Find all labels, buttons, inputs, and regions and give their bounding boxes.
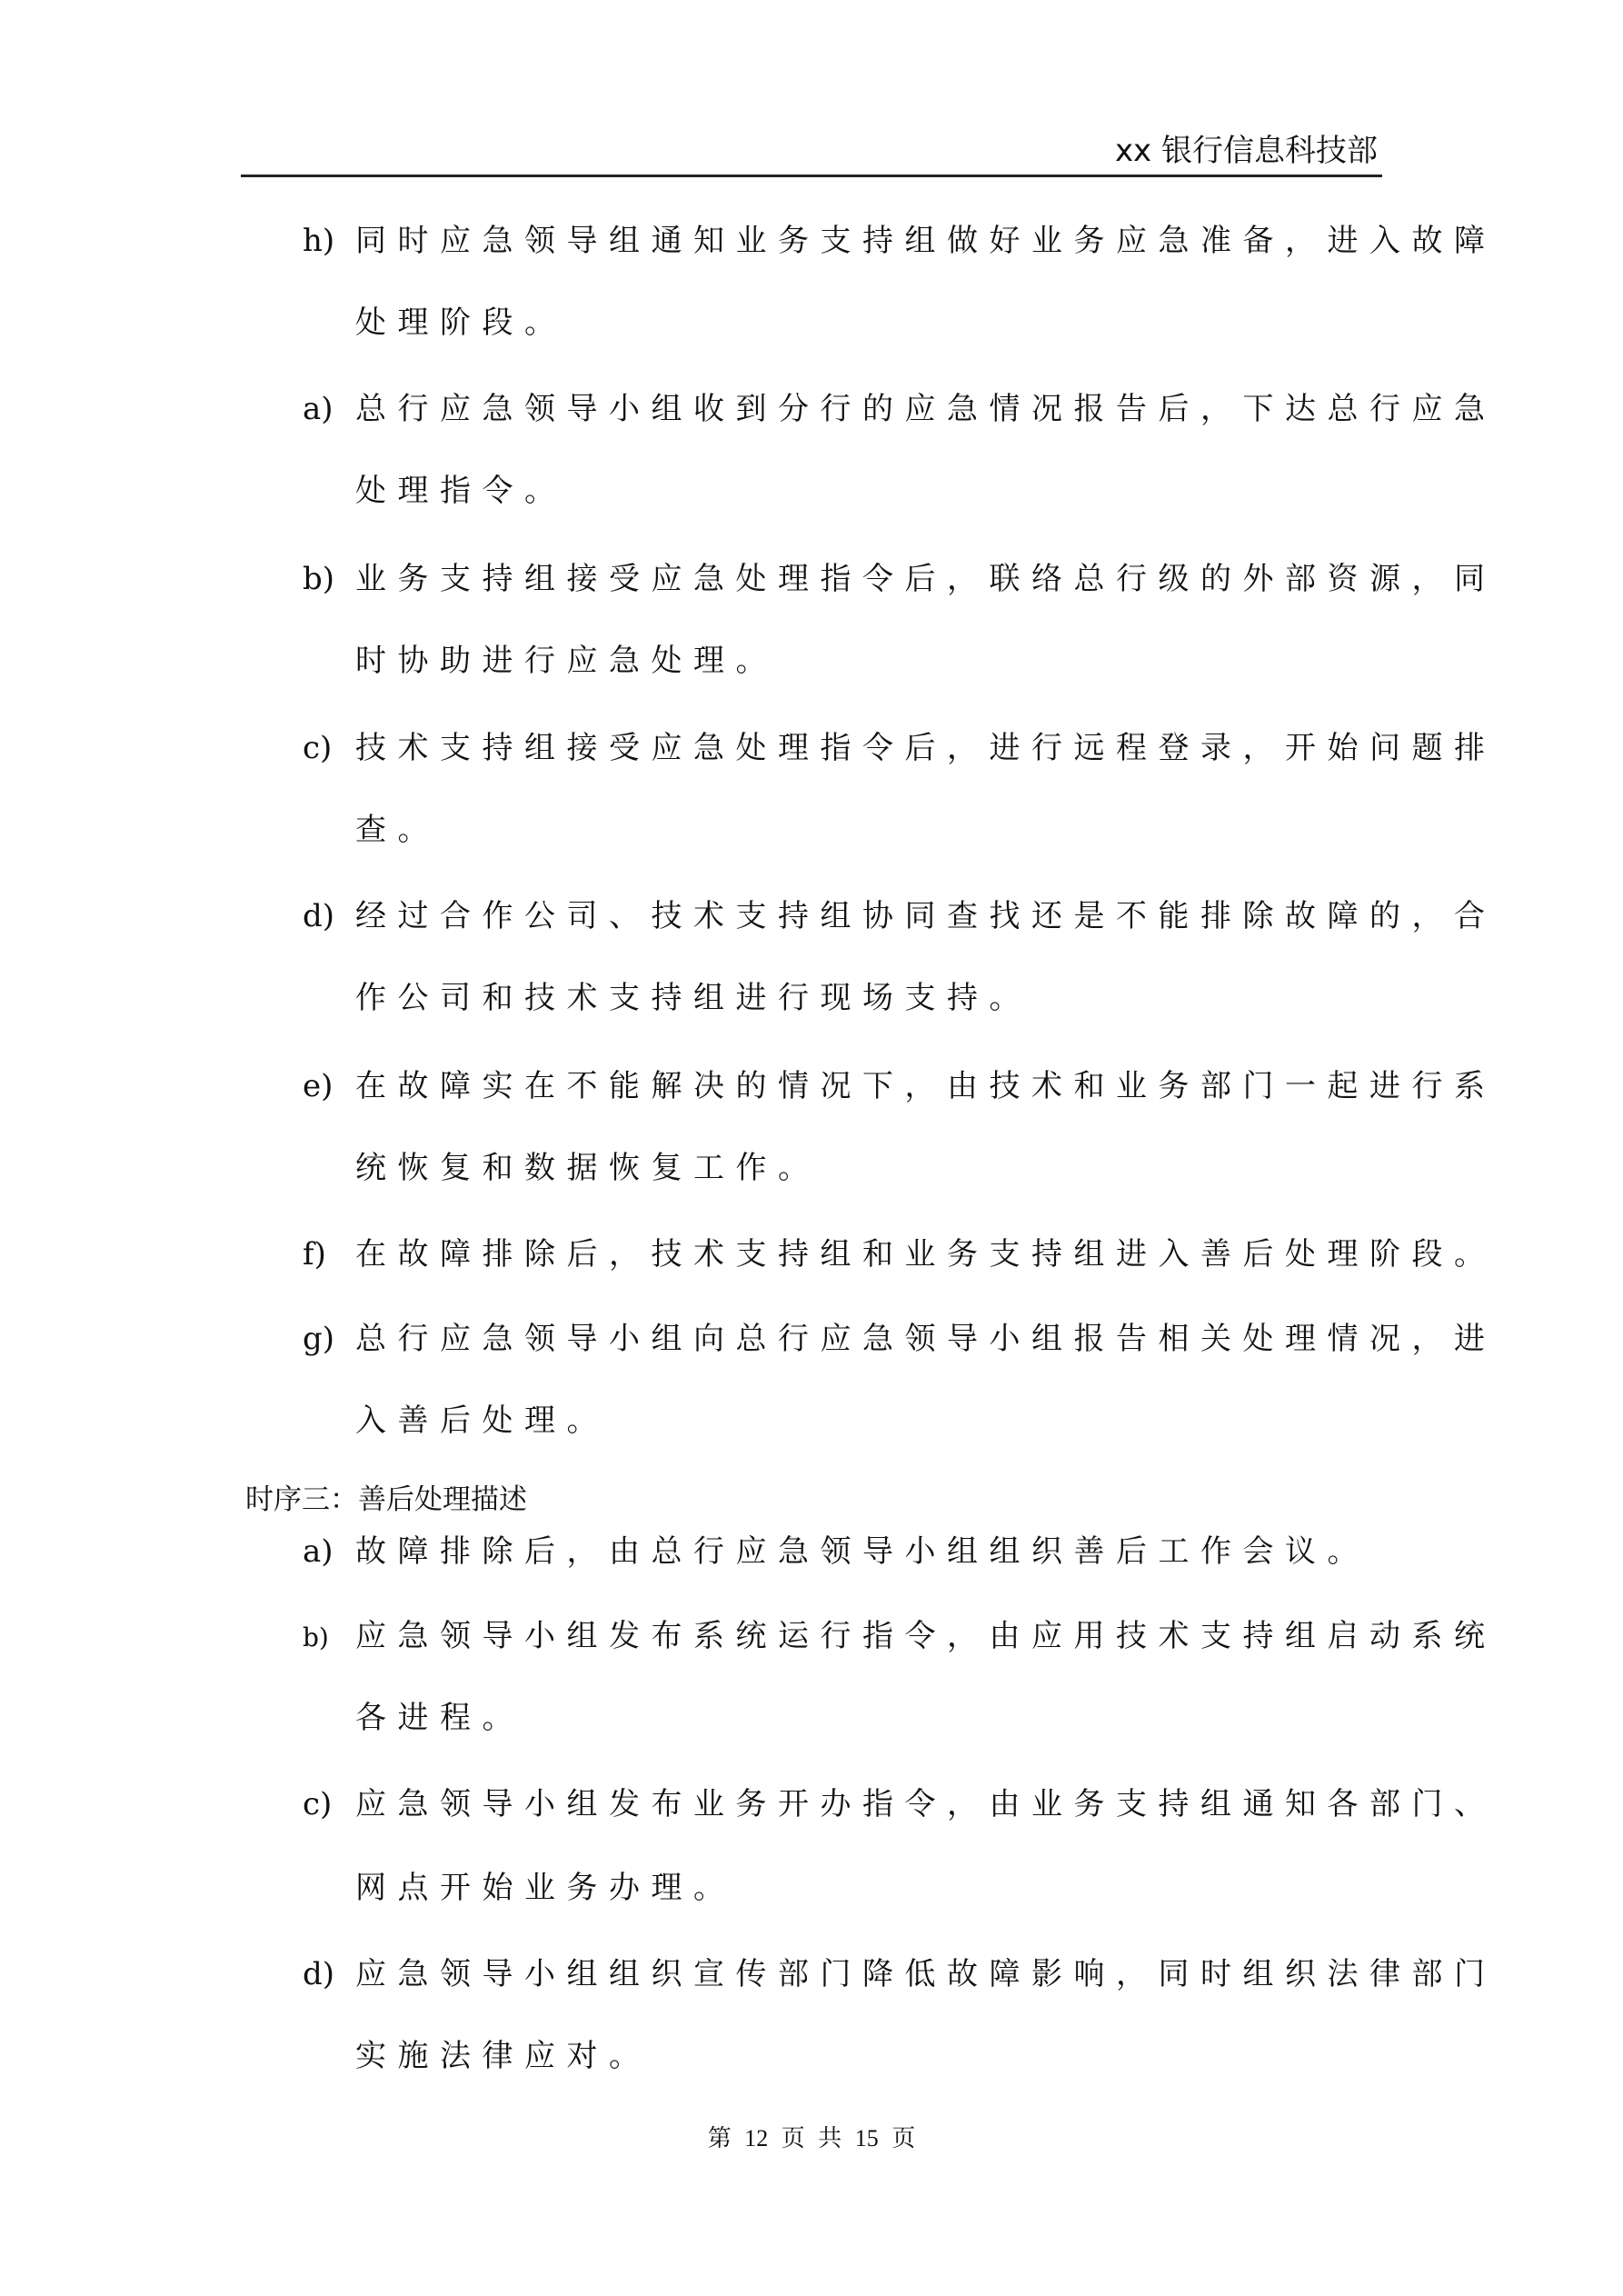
list-item-text: 总行应急领导小组向总行应急领导小组报告相关处理情况，进 (355, 1321, 1497, 1357)
list-item-text-cont: 查。 (355, 812, 440, 848)
list-marker: f) (303, 1236, 355, 1273)
list-marker: b) (303, 1620, 355, 1656)
list-item-text: 同时应急领导组通知业务支持组做好业务应急准备，进入故障 (355, 223, 1497, 259)
list-item-text-cont: 作公司和技术支持组进行现场支持。 (355, 980, 1031, 1016)
list-item-text-cont: 处理阶段。 (355, 304, 567, 341)
list-item-text-cont: 处理指令。 (355, 473, 567, 509)
list-item-text: 在故障实在不能解决的情况下，由技术和业务部门一起进行系 (355, 1068, 1497, 1104)
list-item-text-cont: 实施法律应对。 (355, 2038, 652, 2074)
page-header-title: xx 银行信息科技部 (1115, 125, 1378, 170)
header-divider (241, 175, 1382, 177)
list-item-text: 经过合作公司、技术支持组协同查找还是不能排除故障的，合 (355, 898, 1497, 934)
list-marker: e) (303, 1068, 355, 1104)
list-item-text-cont: 统恢复和数据恢复工作。 (355, 1150, 821, 1186)
list-item-text-cont: 入善后处理。 (355, 1403, 609, 1439)
list-item-text: 应急领导小组组织宣传部门降低故障影响，同时组织法律部门 (355, 1956, 1497, 1992)
list-marker: d) (303, 898, 355, 934)
list-item-text: 总行应急领导小组收到分行的应急情况报告后，下达总行应急 (355, 391, 1497, 427)
list-item-text: 故障排除后，由总行应急领导小组组织善后工作会议。 (355, 1533, 1369, 1570)
list-marker: h) (303, 223, 355, 259)
list-marker: a) (303, 391, 355, 427)
list-item-text-cont: 时协助进行应急处理。 (355, 643, 778, 679)
list-item-text: 技术支持组接受应急处理指令后，进行远程登录，开始问题排 (355, 730, 1497, 766)
list-item-text-cont: 网点开始业务办理。 (355, 1870, 736, 1906)
list-marker: a) (303, 1533, 355, 1570)
list-item-text-cont: 各进程。 (355, 1700, 524, 1736)
list-item-text: 应急领导小组发布系统运行指令，由应用技术支持组启动系统 (355, 1618, 1497, 1654)
list-marker: g) (303, 1321, 355, 1357)
list-marker: c) (303, 730, 355, 766)
page-number-footer: 第 12 页 共 15 页 (0, 2120, 1623, 2153)
list-marker: c) (303, 1786, 355, 1822)
list-marker: b) (303, 561, 355, 597)
list-item-text: 应急领导小组发布业务开办指令，由业务支持组通知各部门、 (355, 1786, 1497, 1822)
list-item-text: 业务支持组接受应急处理指令后，联络总行级的外部资源，同 (355, 561, 1497, 597)
section-heading: 时序三：善后处理描述 (245, 1482, 527, 1518)
list-item-text: 在故障排除后，技术支持组和业务支持组进入善后处理阶段。 (355, 1236, 1497, 1273)
list-marker: d) (303, 1956, 355, 1992)
